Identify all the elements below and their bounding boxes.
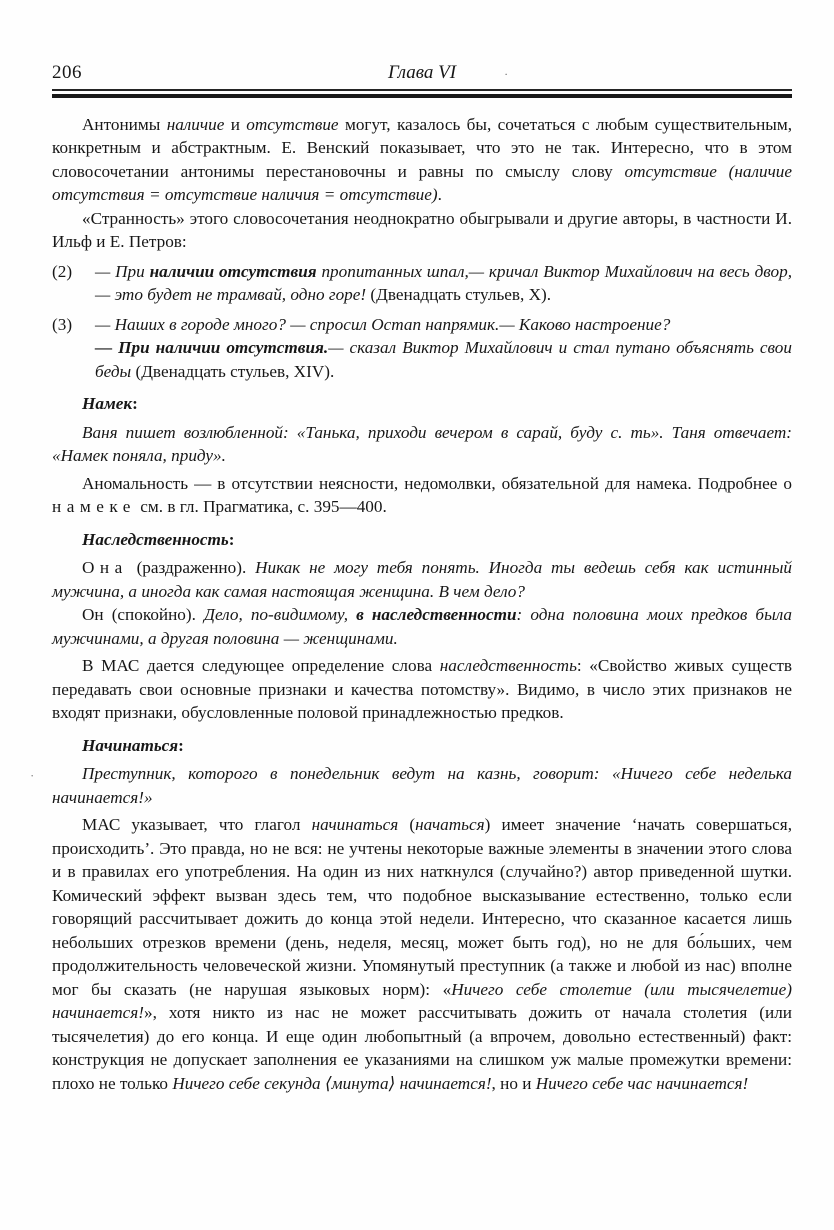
example-item-3: (3) — Наших в городе много? — спросил Ос… <box>52 313 792 384</box>
running-head: 206 Глава VI · <box>52 62 792 85</box>
example-item-2: (2) — При наличии отсутствия пропитанных… <box>52 260 792 307</box>
paragraph-nachinatsya-analysis: МАС указывает, что глагол начинаться (на… <box>52 813 792 1095</box>
example-label: (3) <box>52 313 95 384</box>
paragraph-namek-comment: Аномальность — в отсутствии неясности, н… <box>52 472 792 519</box>
paragraph-mas-definition: В МАС дается следующее определение слова… <box>52 654 792 725</box>
header-rule-thin <box>52 89 792 91</box>
page-body: Антонимы наличие и отсутствие могут, каз… <box>52 113 792 1096</box>
example-label: (2) <box>52 260 95 307</box>
page-number: 206 <box>52 62 82 84</box>
section-heading-nachinatsya: Начинаться: <box>52 734 792 758</box>
paragraph-dialogue-he: Он (спокойно). Дело, по-видимому, в насл… <box>52 603 792 650</box>
section-heading-nasledstvennost: Наследственность: <box>52 528 792 552</box>
paragraph-dialogue-she: Она (раздраженно). Никак не могу тебя по… <box>52 556 792 603</box>
paragraph-namek-joke: Ваня пишет возлюбленной: «Танька, приход… <box>52 421 792 468</box>
paragraph-prestupnik-joke: Преступник, которого в понедельник ведут… <box>52 762 792 809</box>
section-heading-namek: Намек: <box>52 392 792 416</box>
header-rule-thick <box>52 94 792 98</box>
book-page: 206 Глава VI · · Антонимы наличие и отсу… <box>0 0 834 1230</box>
scan-artifact-margin-mark: · <box>30 768 34 784</box>
paragraph-antonyms-intro: Антонимы наличие и отсутствие могут, каз… <box>52 113 792 207</box>
paragraph-strannost: «Странность» этого словосочетания неодно… <box>52 207 792 254</box>
example-text: — При наличии отсутствия пропитанных шпа… <box>95 260 792 307</box>
example-text: — Наших в городе много? — спросил Остап … <box>95 313 792 384</box>
scan-artifact-dot: · <box>504 63 508 85</box>
chapter-title: Глава VI <box>388 62 456 84</box>
